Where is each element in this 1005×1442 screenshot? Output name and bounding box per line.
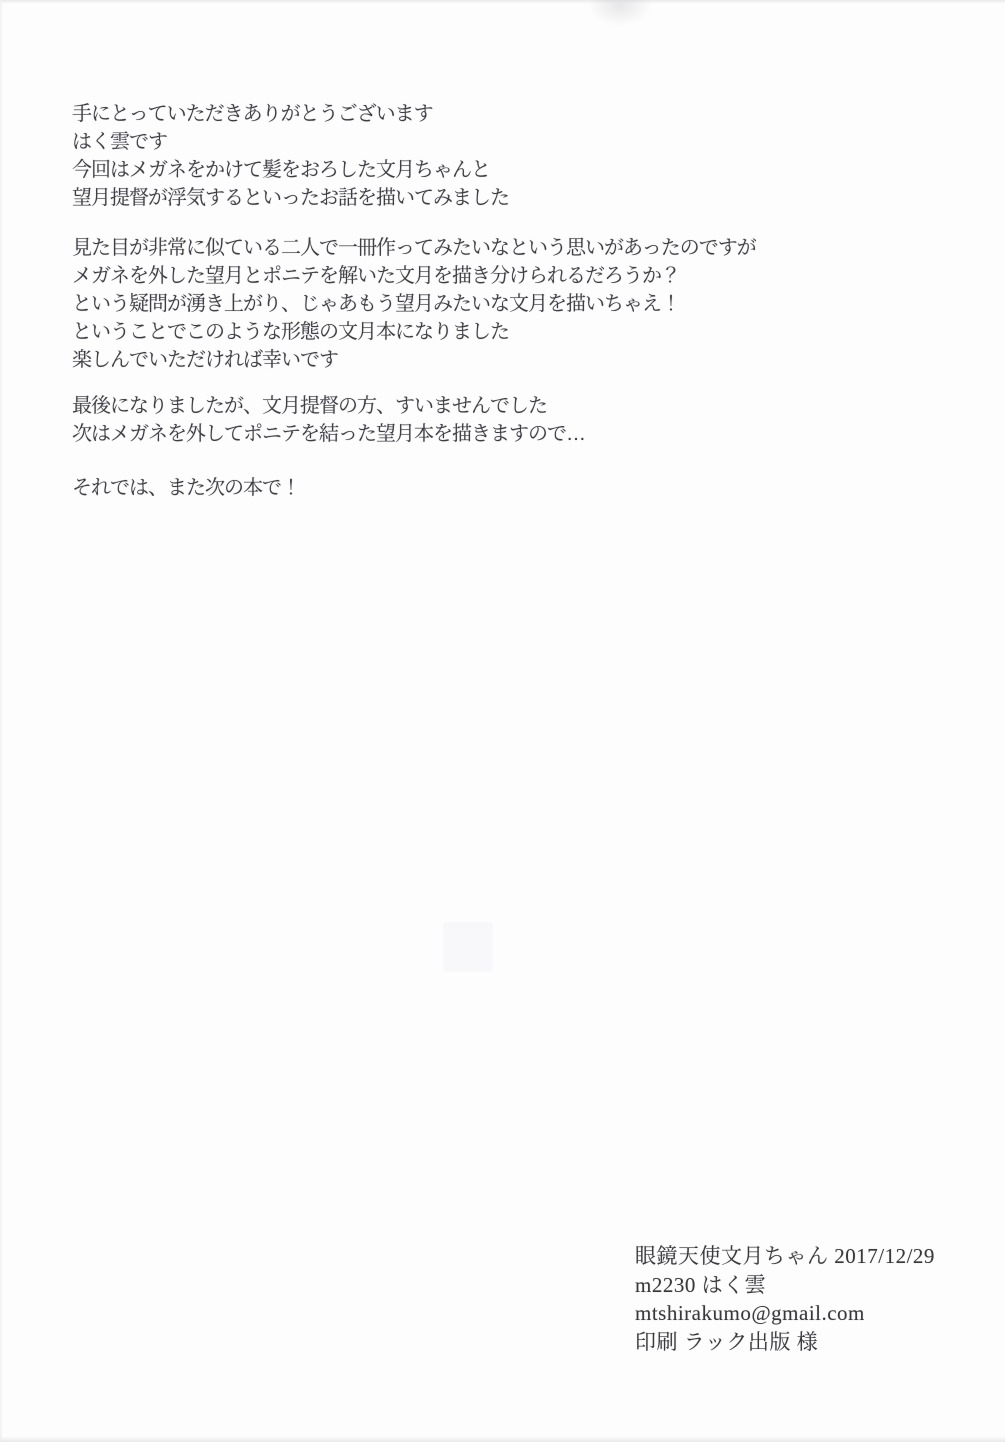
scan-edge-left (0, 0, 3, 1442)
scan-edge-bottom (0, 1436, 1005, 1442)
afterword-line: 楽しんでいただければ幸いです (72, 346, 756, 374)
afterword-paragraph-apology: 最後になりましたが、文月提督の方、すいませんでした 次はメガネを外してポニテを結… (72, 392, 585, 448)
afterword-line: 見た目が非常に似ている二人で一冊作ってみたいなという思いがあったのですが (72, 234, 756, 262)
afterword-line: それでは、また次の本で！ (72, 474, 300, 502)
colophon-email: mtshirakumo@gmail.com (635, 1299, 935, 1328)
afterword-line: ということでこのような形態の文月本になりました (72, 318, 756, 346)
afterword-line: 今回はメガネをかけて髪をおろした文月ちゃんと (72, 156, 509, 184)
colophon-printer: 印刷 ラック出版 様 (635, 1328, 935, 1357)
scan-artifact-top-center (585, 0, 655, 28)
afterword-paragraph-closing: それでは、また次の本で！ (72, 474, 300, 502)
colophon-circle-author: m2230 はく雲 (635, 1271, 935, 1300)
afterword-paragraph-concept: 見た目が非常に似ている二人で一冊作ってみたいなという思いがあったのですが メガネ… (72, 234, 756, 374)
afterword-line: 最後になりましたが、文月提督の方、すいませんでした (72, 392, 585, 420)
colophon-title-date: 眼鏡天使文月ちゃん 2017/12/29 (635, 1242, 935, 1271)
afterword-line: 次はメガネを外してポニテを結った望月本を描きますので… (72, 420, 585, 448)
page: 手にとっていただきありがとうございます はく雲です 今回はメガネをかけて髪をおろ… (0, 0, 1005, 1442)
afterword-line: メガネを外した望月とポニテを解いた文月を描き分けられるだろうか？ (72, 262, 756, 290)
afterword-line: 手にとっていただきありがとうございます (72, 100, 509, 128)
scan-smudge-middle (443, 922, 493, 972)
afterword-paragraph-greeting: 手にとっていただきありがとうございます はく雲です 今回はメガネをかけて髪をおろ… (72, 100, 509, 212)
afterword-line: という疑問が湧き上がり、じゃあもう望月みたいな文月を描いちゃえ！ (72, 290, 756, 318)
colophon: 眼鏡天使文月ちゃん 2017/12/29 m2230 はく雲 mtshiraku… (635, 1242, 935, 1356)
afterword-line: はく雲です (72, 128, 509, 156)
afterword-line: 望月提督が浮気するといったお話を描いてみました (72, 184, 509, 212)
scan-edge-top (0, 0, 1005, 4)
